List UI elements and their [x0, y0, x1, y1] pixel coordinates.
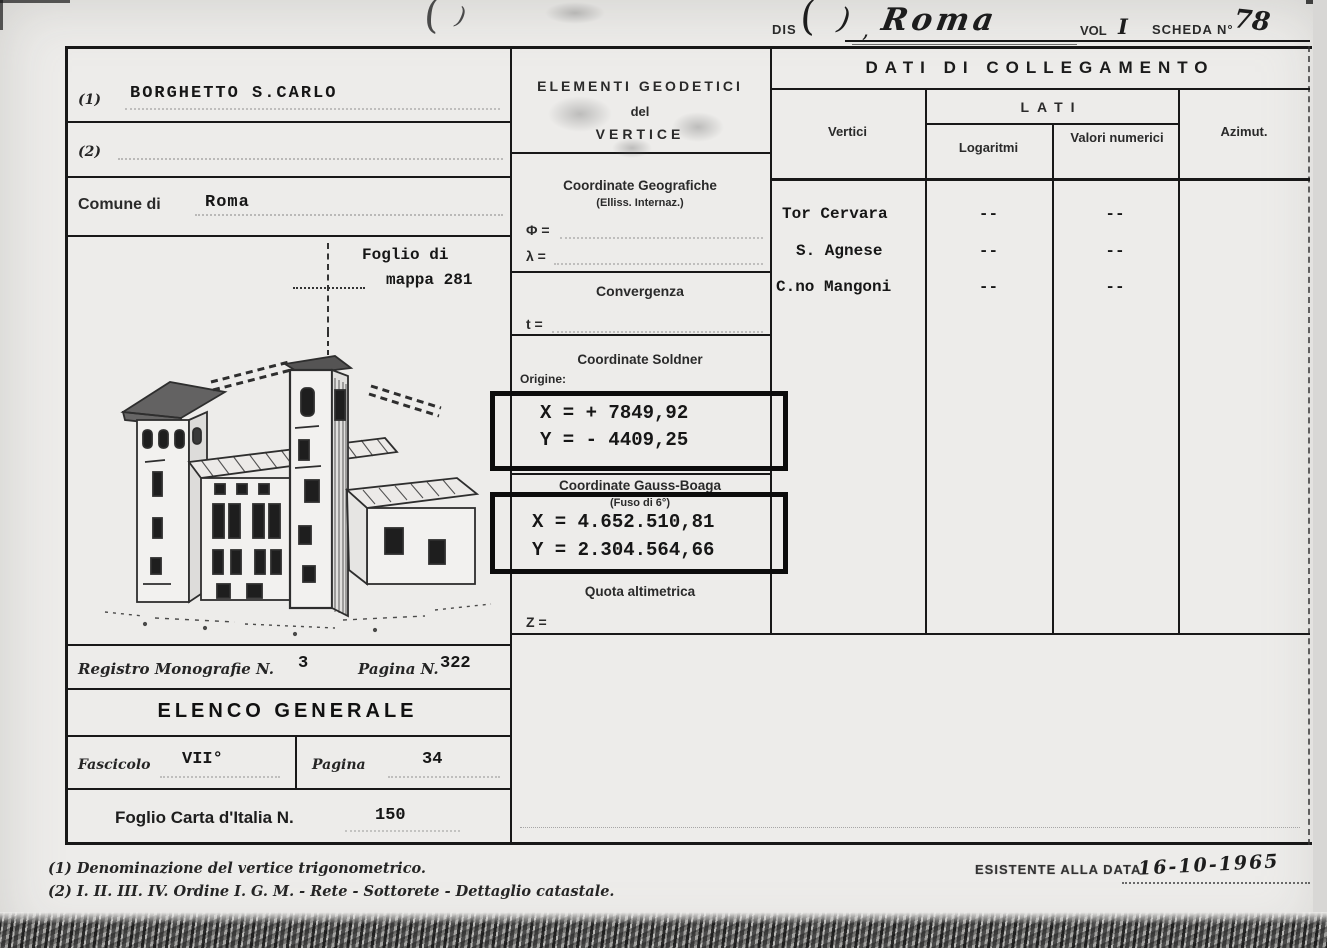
phi-label: Φ =	[526, 222, 550, 238]
frame-right	[1308, 46, 1310, 845]
handwritten-vol-value: I	[1118, 14, 1128, 39]
registro-value: 3	[298, 654, 308, 673]
row-line	[65, 644, 510, 646]
fill-line	[560, 237, 763, 239]
handwritten-location: Roma	[879, 2, 1001, 38]
esistente-date-value: 16-10-1965	[1138, 850, 1281, 879]
smudge	[612, 138, 652, 158]
quota-title: Quota altimetrica	[510, 584, 770, 599]
lambda-label: λ =	[526, 248, 546, 264]
scan-margin	[1313, 0, 1327, 948]
fill-line	[118, 158, 503, 160]
handwritten-scheda-value: 78	[1233, 4, 1272, 38]
foglio-mappa-line1: Foglio di	[362, 246, 448, 264]
foglio-mappa-line2: mappa 281	[386, 271, 472, 289]
registro-label: Registro Monografie N.	[78, 660, 274, 678]
footnote-1: (1) Denominazione del vertice trigonomet…	[48, 860, 426, 877]
pencil-mark-close: )	[453, 1, 468, 30]
vertice-cell: S. Agnese	[796, 242, 882, 260]
fill-line	[1122, 882, 1310, 884]
scan-edge	[0, 0, 3, 30]
row-line	[65, 688, 510, 690]
coord-geografiche-sub: (Elliss. Internaz.)	[510, 197, 770, 209]
dis-label: DIS	[772, 22, 797, 37]
fill-line	[554, 263, 763, 265]
soldner-x-value: X = + 7849,92	[540, 402, 688, 424]
frame-left	[65, 46, 68, 845]
vertice-cell: C.no Mangoni	[776, 278, 891, 296]
gauss-y-value: Y = 2.304.564,66	[532, 539, 714, 561]
fill-line	[345, 830, 460, 832]
fill-line	[195, 214, 503, 216]
elenco-generale-title: ELENCO GENERALE	[65, 700, 510, 723]
pencil-mark-open: (	[422, 0, 442, 39]
soldner-origin-label: Origine:	[520, 372, 566, 386]
row-line	[510, 271, 770, 273]
comune-label: Comune di	[78, 196, 161, 214]
header-underline-2	[852, 44, 1077, 45]
pagina-label: Pagina	[312, 757, 366, 773]
vertice-cell: Tor Cervara	[782, 205, 888, 223]
foglio-carta-value: 150	[375, 806, 406, 825]
scanned-form-page: DIS ( ) , Roma VOL I SCHEDA N° 78 ( ) (1…	[0, 0, 1327, 948]
row-line	[770, 178, 1310, 181]
vol-label: VOL	[1080, 23, 1107, 38]
row-line	[925, 123, 1178, 125]
fascicolo-value: VII°	[182, 750, 223, 769]
fill-line	[388, 776, 500, 778]
coord-geografiche-title: Coordinate Geografiche	[510, 178, 770, 193]
soldner-y-value: Y = - 4409,25	[540, 429, 688, 451]
divider-logaritmi-valori	[1052, 123, 1054, 635]
fill-line	[552, 331, 763, 333]
row-line	[510, 633, 1310, 635]
fascicolo-divider	[295, 735, 297, 790]
scan-noise-fade	[0, 912, 1327, 926]
pagina-n-label: Pagina N.	[358, 660, 439, 678]
convergenza-title: Convergenza	[510, 283, 770, 299]
soldner-title: Coordinate Soldner	[510, 352, 770, 367]
valori-cell: --	[1052, 278, 1178, 296]
smudge	[548, 96, 612, 132]
header-underline	[845, 40, 1310, 42]
field1-label: (1)	[78, 92, 101, 108]
col-header-vertici: Vertici	[770, 124, 925, 139]
fill-line	[125, 108, 500, 110]
col-header-valori: Valori numerici	[1067, 130, 1167, 147]
field2-label: (2)	[78, 144, 101, 160]
frame-bottom	[65, 842, 1312, 845]
footnote-2: (2) I. II. III. IV. Ordine I. G. M. - Re…	[48, 883, 614, 900]
logaritmi-cell: --	[925, 278, 1052, 296]
vertex-sightline-horizontal	[293, 287, 365, 289]
scheda-label: SCHEDA N°	[1152, 22, 1234, 37]
scan-edge	[0, 0, 70, 3]
divider-lati-azimut	[1178, 88, 1180, 635]
logaritmi-cell: --	[925, 242, 1052, 260]
smudge	[545, 2, 605, 24]
handwritten-paren-open: (	[797, 0, 819, 41]
gauss-boaga-sub: (Fuso di 6°)	[510, 497, 770, 509]
divider-vertici-lati	[925, 88, 927, 635]
t-label: t =	[526, 316, 543, 332]
pagina-n-value: 322	[440, 654, 471, 673]
row-line	[65, 235, 510, 237]
row-line	[510, 473, 770, 475]
smudge	[672, 112, 724, 142]
gauss-boaga-title: Coordinate Gauss-Boaga	[510, 478, 770, 493]
col-header-logaritmi: Logaritmi	[925, 140, 1052, 155]
foglio-carta-label: Foglio Carta d'Italia N.	[115, 808, 294, 828]
row-line	[65, 788, 510, 790]
collegamento-title: DATI DI COLLEGAMENTO	[770, 58, 1310, 78]
row-line	[65, 735, 510, 737]
valori-cell: --	[1052, 242, 1178, 260]
row-line	[65, 176, 510, 178]
faint-line	[520, 827, 1300, 828]
logaritmi-cell: --	[925, 205, 1052, 223]
geodetic-title-line1: ELEMENTI GEODETICI	[510, 78, 770, 94]
comune-value: Roma	[205, 193, 250, 212]
col-header-lati: LATI	[925, 99, 1178, 115]
frame-top	[65, 46, 1312, 49]
vertex-name-value: BORGHETTO S.CARLO	[130, 84, 337, 103]
row-line	[65, 121, 510, 123]
row-line	[770, 88, 1310, 90]
row-line	[510, 334, 770, 336]
valori-cell: --	[1052, 205, 1178, 223]
gauss-x-value: X = 4.652.510,81	[532, 511, 714, 533]
building-sketch	[85, 332, 515, 644]
col-header-azimut: Azimut.	[1178, 124, 1310, 139]
pagina-value: 34	[422, 750, 442, 769]
z-label: Z =	[526, 614, 547, 630]
fascicolo-label: Fascicolo	[78, 757, 151, 773]
esistente-label: ESISTENTE ALLA DATA	[975, 862, 1141, 877]
fill-line	[160, 776, 280, 778]
handwritten-paren-close: )	[835, 1, 853, 38]
